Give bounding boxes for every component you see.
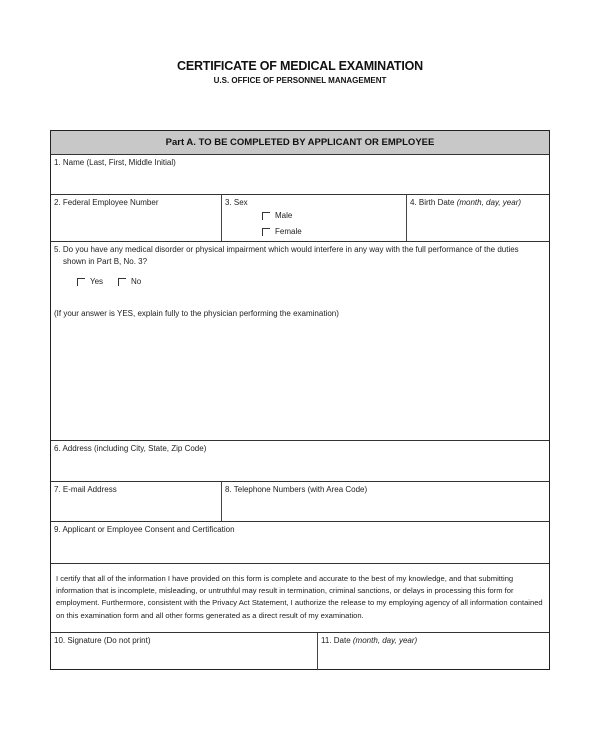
- email-field[interactable]: 7. E-mail Address: [51, 482, 221, 521]
- email-label: 7. E-mail Address: [54, 485, 117, 494]
- part-a-form: Part A. TO BE COMPLETED BY APPLICANT OR …: [50, 130, 550, 670]
- signature-date-label: 11. Date (month, day, year): [321, 636, 417, 645]
- row-7-8: 7. E-mail Address 8. Telephone Numbers (…: [51, 482, 549, 522]
- yes-label: Yes: [90, 277, 103, 286]
- no-label: No: [131, 277, 141, 286]
- phone-label: 8. Telephone Numbers (with Area Code): [225, 485, 367, 494]
- sex-field: 3. Sex Male Female: [221, 195, 406, 241]
- sex-male-checkbox[interactable]: Male: [262, 211, 292, 220]
- consent-heading-row: 9. Applicant or Employee Consent and Cer…: [51, 522, 549, 564]
- address-field[interactable]: 6. Address (including City, State, Zip C…: [51, 441, 549, 482]
- address-label: 6. Address (including City, State, Zip C…: [54, 444, 206, 453]
- certification-statement: I certify that all of the information I …: [51, 564, 549, 633]
- signature-date-field[interactable]: 11. Date (month, day, year): [317, 633, 549, 670]
- checkbox-icon: [118, 278, 126, 286]
- q5-no-checkbox[interactable]: No: [118, 277, 141, 286]
- female-label: Female: [275, 227, 302, 236]
- birth-date-label: 4. Birth Date (month, day, year): [410, 198, 521, 207]
- employee-number-field[interactable]: 2. Federal Employee Number: [51, 195, 221, 241]
- q5-question-line1: 5. Do you have any medical disorder or p…: [54, 245, 519, 254]
- q5-yes-checkbox[interactable]: Yes: [77, 277, 103, 286]
- question-5: 5. Do you have any medical disorder or p…: [51, 242, 549, 441]
- row-10-11: 10. Signature (Do not print) 11. Date (m…: [51, 633, 549, 670]
- checkbox-icon: [262, 228, 270, 236]
- checkbox-icon: [262, 212, 270, 220]
- certify-text: I certify that all of the information I …: [56, 573, 544, 622]
- consent-label: 9. Applicant or Employee Consent and Cer…: [54, 525, 235, 534]
- name-field[interactable]: 1. Name (Last, First, Middle Initial): [51, 155, 549, 195]
- male-label: Male: [275, 211, 292, 220]
- phone-field[interactable]: 8. Telephone Numbers (with Area Code): [221, 482, 549, 521]
- name-label: 1. Name (Last, First, Middle Initial): [54, 158, 176, 167]
- sex-label: 3. Sex: [225, 198, 248, 207]
- row-2-4: 2. Federal Employee Number 3. Sex Male F…: [51, 195, 549, 242]
- birth-date-field[interactable]: 4. Birth Date (month, day, year): [406, 195, 549, 241]
- form-subtitle: U.S. OFFICE OF PERSONNEL MANAGEMENT: [0, 76, 600, 85]
- sex-female-checkbox[interactable]: Female: [262, 227, 302, 236]
- q5-explain-label: (If your answer is YES, explain fully to…: [54, 309, 339, 318]
- q5-question-line2: shown in Part B, No. 3?: [63, 257, 147, 266]
- signature-field[interactable]: 10. Signature (Do not print): [51, 633, 317, 670]
- part-a-heading: Part A. TO BE COMPLETED BY APPLICANT OR …: [51, 131, 549, 155]
- employee-number-label: 2. Federal Employee Number: [54, 198, 159, 207]
- form-title: CERTIFICATE OF MEDICAL EXAMINATION: [0, 59, 600, 73]
- checkbox-icon: [77, 278, 85, 286]
- signature-label: 10. Signature (Do not print): [54, 636, 151, 645]
